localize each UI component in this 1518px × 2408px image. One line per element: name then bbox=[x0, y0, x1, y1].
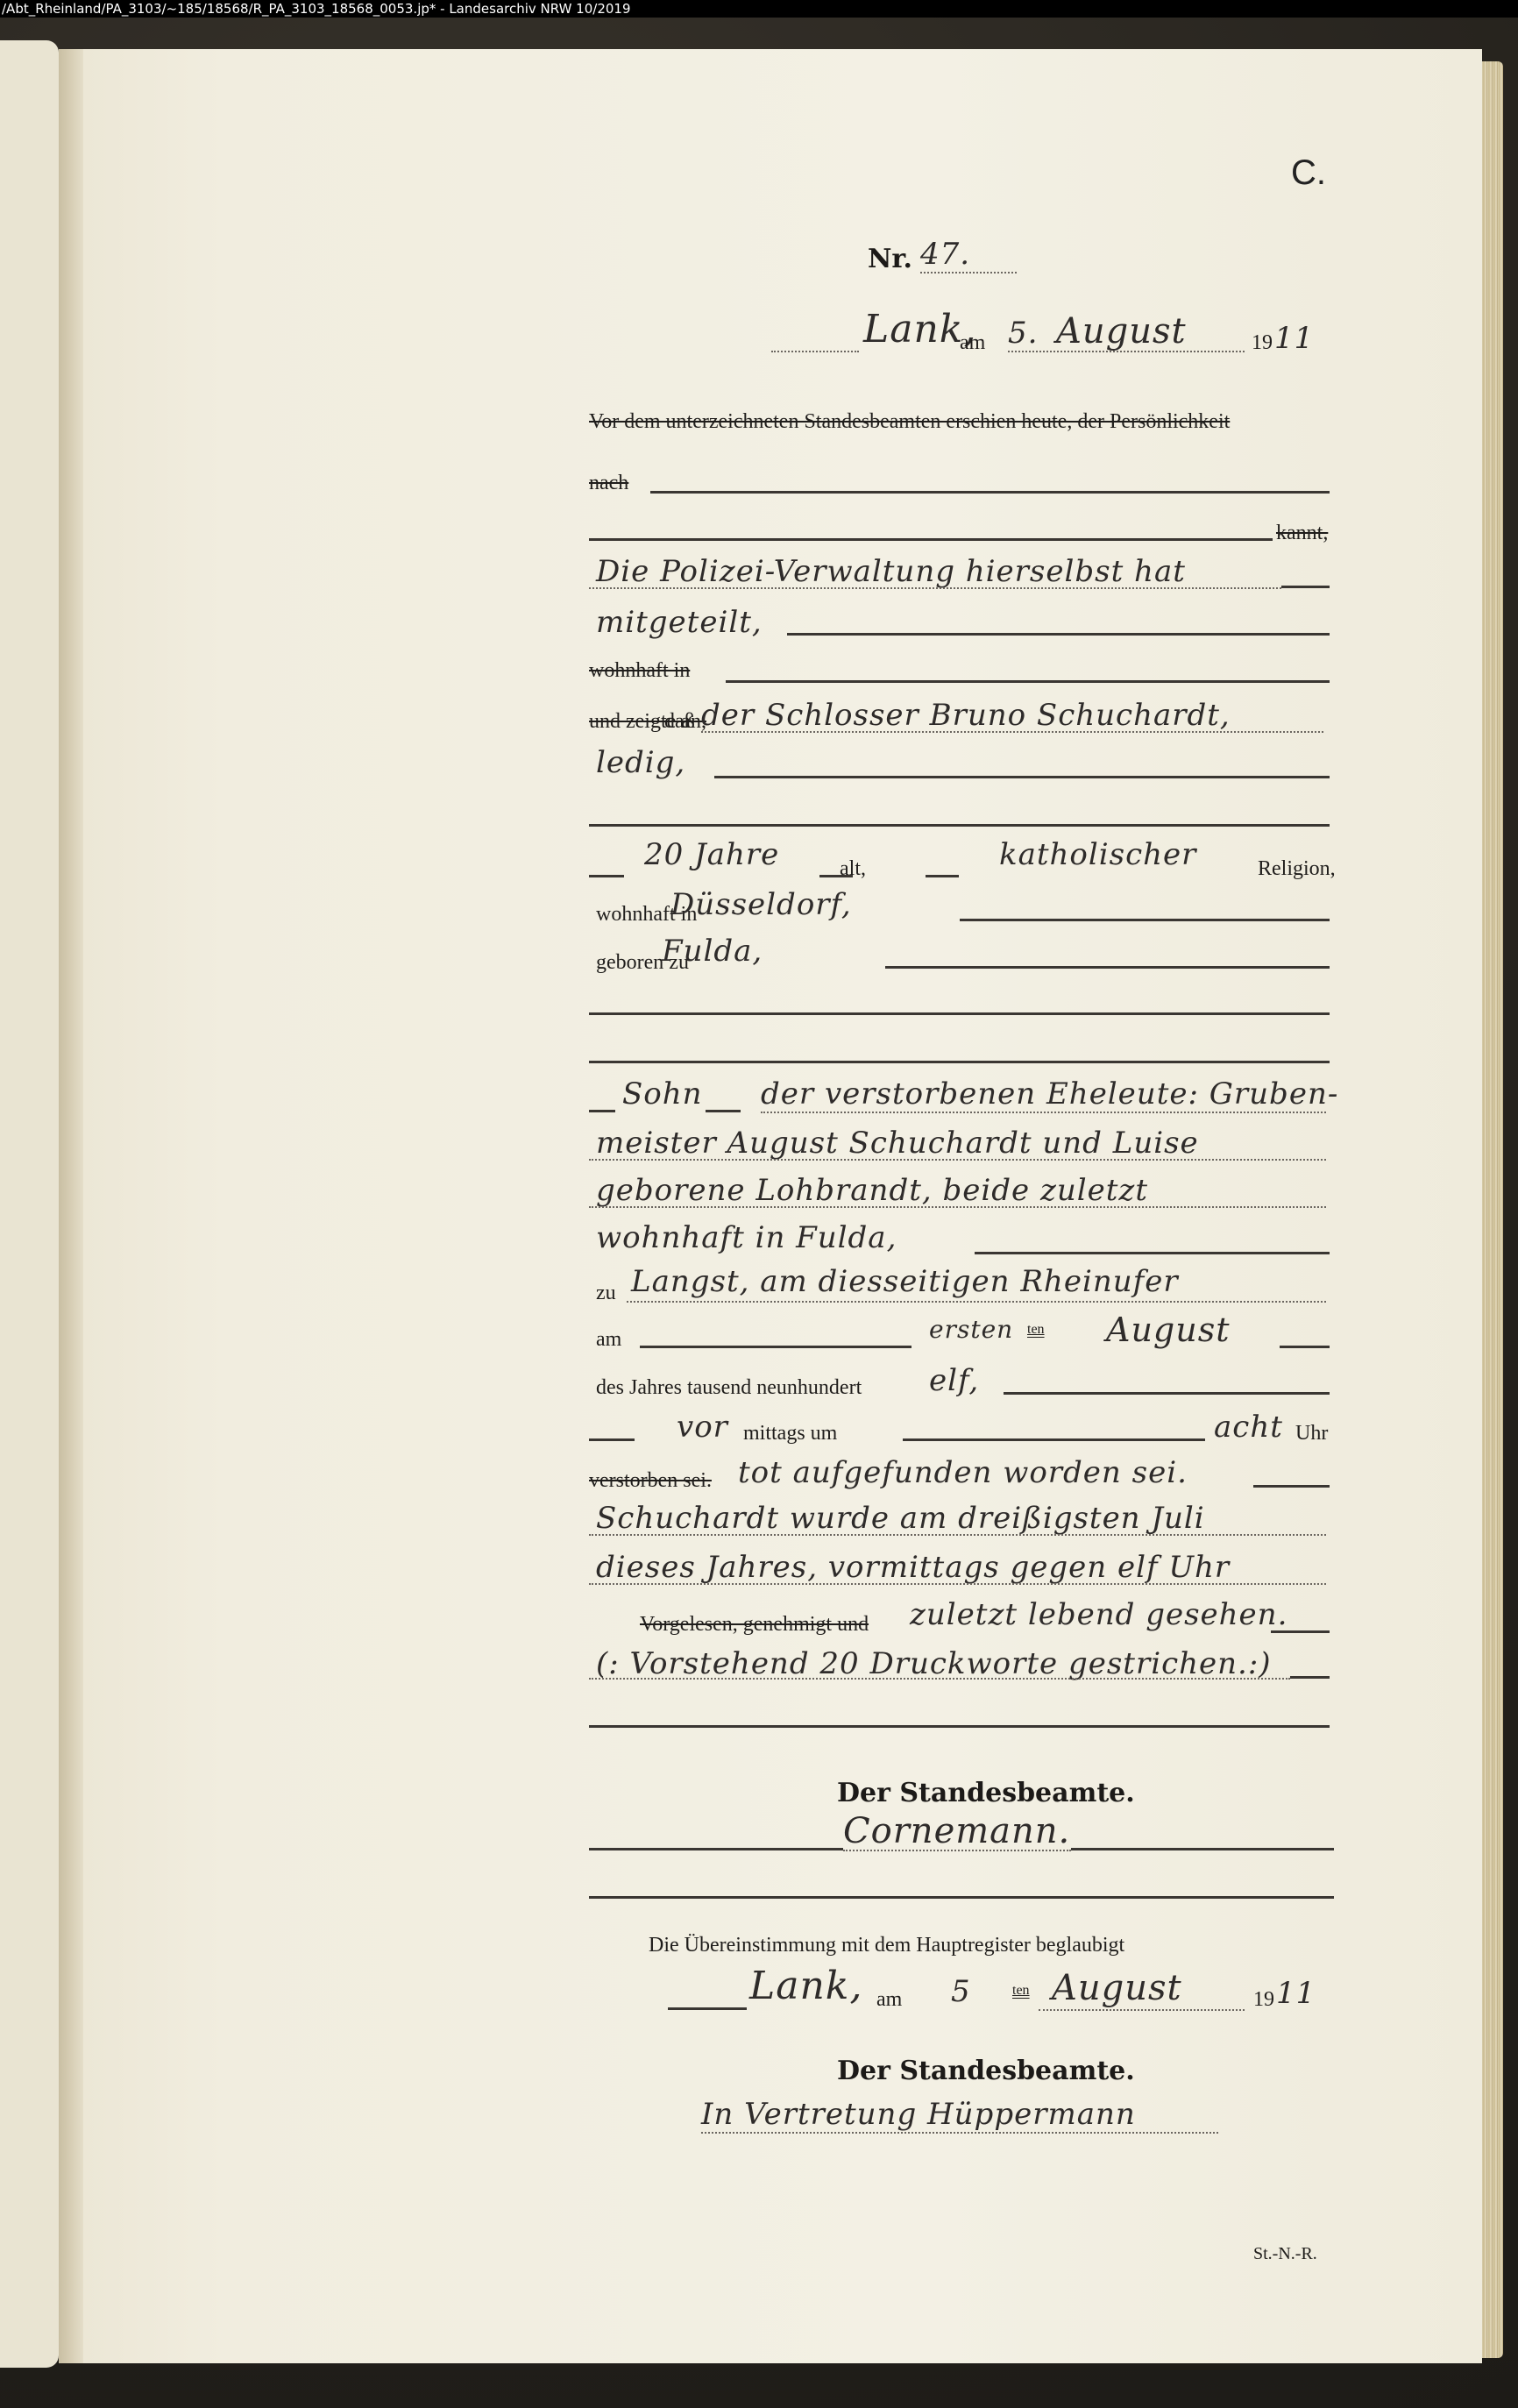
parents-line-4: wohnhaft in Fulda, bbox=[596, 1220, 897, 1255]
found-dots-3 bbox=[589, 1583, 1326, 1585]
official-heading: Der Standesbeamte. bbox=[837, 1778, 1135, 1808]
wohnhaft-struck: wohnhaft in bbox=[589, 659, 690, 683]
parents-dots-3 bbox=[589, 1206, 1326, 1208]
note-dots bbox=[589, 1678, 1290, 1680]
deceased-line-2: ledig, bbox=[596, 745, 685, 780]
deceased-rule-2 bbox=[714, 776, 1330, 778]
parents-sohn: Sohn bbox=[622, 1076, 703, 1112]
alt-label: alt, bbox=[840, 857, 866, 881]
cert-day-suffix: ten bbox=[1012, 1983, 1030, 1999]
death-month-rule bbox=[1280, 1346, 1330, 1348]
window-title-bar: /Abt_Rheinland/PA_3103/~185/18568/R_PA_3… bbox=[0, 0, 1518, 18]
parents-line-1: der verstorbenen Eheleute: Gruben- bbox=[761, 1076, 1338, 1112]
cert-signature: In Vertretung Hüppermann bbox=[701, 2097, 1136, 2132]
informant-line-1: Die Polizei-Verwaltung hierselbst hat bbox=[596, 554, 1186, 589]
cert-year-suffix: 11 bbox=[1276, 1976, 1316, 2011]
am-rule bbox=[640, 1346, 912, 1348]
signature-dots bbox=[843, 1850, 1071, 1851]
found-line-3: dieses Jahres, vormittags gegen elf Uhr bbox=[596, 1550, 1230, 1585]
informant-rule-1 bbox=[1281, 586, 1330, 588]
blank-rule-5 bbox=[589, 1896, 1334, 1899]
informant-line-2: mitgeteilt, bbox=[596, 605, 763, 640]
signature-rule-right bbox=[1071, 1848, 1334, 1850]
record-month: August bbox=[1056, 311, 1187, 352]
zu-label: zu bbox=[596, 1282, 616, 1305]
kannt-struck: kannt, bbox=[1276, 522, 1328, 545]
death-month: August bbox=[1106, 1311, 1231, 1349]
preamble-struck: Vor dem unterzeichneten Standesbeamten e… bbox=[589, 410, 1230, 434]
section-letter: C. bbox=[1291, 153, 1326, 193]
kannt-rule bbox=[589, 538, 1273, 541]
death-year-word: elf, bbox=[929, 1363, 979, 1398]
book-gutter bbox=[59, 49, 85, 2363]
page-edge-stack bbox=[1482, 61, 1503, 2358]
window-title: /Abt_Rheinland/PA_3103/~185/18568/R_PA_3… bbox=[2, 1, 631, 17]
born-value: Fulda, bbox=[662, 934, 763, 969]
residence-rule bbox=[960, 919, 1330, 921]
death-place: Langst, am diesseitigen Rheinufer bbox=[631, 1264, 1179, 1299]
informant-dots-1 bbox=[589, 587, 1281, 589]
vorgelesen-struck: Vorgelesen, genehmigt und bbox=[640, 1613, 869, 1637]
blank-rule-4 bbox=[589, 1725, 1330, 1728]
parents-line-3: geborene Lohbrandt, beide zuletzt bbox=[596, 1173, 1148, 1208]
sohn-rule-right bbox=[706, 1110, 741, 1112]
found-line-2: Schuchardt wurde am dreißigsten Juli bbox=[596, 1501, 1205, 1536]
death-day-suffix: ten bbox=[1027, 1322, 1045, 1338]
death-day: ersten bbox=[929, 1315, 1013, 1344]
religion-rule-left bbox=[926, 875, 959, 877]
death-hour: acht bbox=[1214, 1410, 1283, 1445]
religion-label: Religion, bbox=[1258, 857, 1336, 881]
age-rule-left bbox=[589, 875, 624, 877]
parents-line-2: meister August Schuchardt und Luise bbox=[596, 1126, 1199, 1161]
religion-value: katholischer bbox=[999, 837, 1196, 872]
cert-date-dots bbox=[1039, 2009, 1245, 2011]
strike-note: (: Vorstehend 20 Druckworte gestrichen.:… bbox=[596, 1646, 1272, 1681]
record-year-suffix: 11 bbox=[1274, 321, 1314, 356]
nach-struck: nach bbox=[589, 472, 628, 495]
date-dots bbox=[1008, 351, 1245, 352]
cert-place: Lank, bbox=[749, 1964, 862, 2008]
informant-rule-2 bbox=[787, 633, 1330, 636]
death-place-dots bbox=[627, 1301, 1326, 1303]
note-rule bbox=[1290, 1676, 1330, 1679]
deceased-line-1: der Schlosser Bruno Schuchardt, bbox=[701, 698, 1231, 733]
record-number-dots bbox=[920, 272, 1017, 273]
cert-place-rule bbox=[668, 2007, 747, 2010]
official-signature: Cornemann. bbox=[843, 1811, 1070, 1851]
time-vor: vor bbox=[677, 1410, 728, 1445]
deceased-dots-1 bbox=[701, 731, 1323, 733]
year-rule bbox=[1004, 1392, 1330, 1395]
blank-rule-2 bbox=[589, 1012, 1330, 1015]
uhr-label: Uhr bbox=[1295, 1422, 1328, 1446]
year-label: des Jahres tausend neunhundert bbox=[596, 1376, 862, 1400]
parents-dots-2 bbox=[589, 1159, 1326, 1161]
age-value: 20 Jahre bbox=[644, 837, 779, 872]
certification-text: Die Übereinstimmung mit dem Hauptregiste… bbox=[649, 1934, 1124, 1957]
born-rule bbox=[885, 966, 1330, 969]
blank-rule-1 bbox=[589, 824, 1330, 827]
left-page-edge bbox=[0, 40, 59, 2368]
blank-rule-3 bbox=[589, 1061, 1330, 1063]
hour-rule bbox=[903, 1438, 1205, 1441]
cert-am: am bbox=[876, 1988, 902, 2012]
found-rule-1 bbox=[1253, 1485, 1330, 1488]
record-number-label: Nr. bbox=[868, 244, 912, 274]
vor-rule bbox=[589, 1438, 635, 1441]
parents-dots-1 bbox=[761, 1112, 1326, 1113]
nach-rule bbox=[650, 491, 1330, 494]
found-dots-2 bbox=[589, 1534, 1326, 1536]
verstorben-struck: verstorben sei. bbox=[589, 1469, 712, 1493]
record-am: am bbox=[960, 331, 985, 355]
am-label: am bbox=[596, 1328, 621, 1352]
cert-signature-dots bbox=[701, 2132, 1218, 2134]
found-line-1: tot aufgefunden worden sei. bbox=[738, 1455, 1188, 1490]
residence-value: Düsseldorf, bbox=[670, 887, 852, 922]
cert-day: 5 bbox=[951, 1974, 971, 2009]
found-rule-4 bbox=[1271, 1630, 1330, 1633]
record-number-value: 47. bbox=[920, 237, 970, 272]
found-line-4: zuletzt lebend gesehen. bbox=[910, 1597, 1287, 1632]
record-day: 5. bbox=[1008, 316, 1038, 351]
signature-rule-left bbox=[589, 1848, 843, 1850]
cert-month: August bbox=[1052, 1968, 1182, 2008]
wohnhaft-rule bbox=[726, 680, 1330, 683]
mittags-um-label: mittags um bbox=[743, 1422, 837, 1446]
sohn-rule-left bbox=[589, 1110, 615, 1112]
cert-heading: Der Standesbeamte. bbox=[837, 2056, 1135, 2086]
form-code: St.-N.-R. bbox=[1253, 2244, 1317, 2264]
cert-year-prefix: 19 bbox=[1253, 1988, 1274, 2012]
dass-label: daß bbox=[664, 710, 695, 734]
place-dots bbox=[771, 351, 859, 352]
parents-rule-4 bbox=[975, 1252, 1330, 1254]
record-year-prefix: 19 bbox=[1252, 331, 1273, 355]
